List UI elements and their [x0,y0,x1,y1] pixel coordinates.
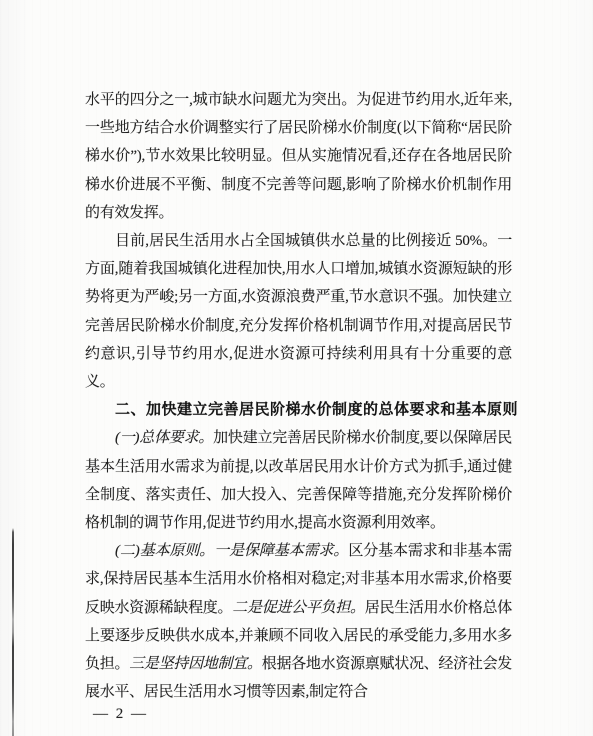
body-text: 目前,居民生活用水占全国城镇供水总量的比例接近 50%。一方面,随着我国城镇化进… [85,233,512,390]
body-text: 水平的四分之一,城市缺水问题尤为突出。为促进节约用水,近年来,一些地方结合水价调… [85,92,512,221]
scanned-page: 水平的四分之一,城市缺水问题尤为突出。为促进节约用水,近年来,一些地方结合水价调… [0,0,593,736]
page-number: — 2 — [93,706,148,723]
lead-in-phrase: 三是坚持因地制宜。 [129,656,262,672]
section-heading-text: 二、加快建立完善居民阶梯水价制度的总体要求和基本原则 [115,401,518,418]
paragraph-2: 目前,居民生活用水占全国城镇供水总量的比例接近 50%。一方面,随着我国城镇化进… [85,227,512,396]
lead-in-phrase: 二是促进公平负担。 [232,600,365,616]
paragraph-4: (一)总体要求。加快建立完善居民阶梯水价制度,要以保障居民基本生活用水需求为前提… [85,424,512,537]
section-heading: 二、加快建立完善居民阶梯水价制度的总体要求和基本原则 [85,396,512,424]
page-edge-scan-artifact [12,528,14,736]
lead-in-phrase: (二)基本原则。 [115,543,214,559]
lead-in-phrase: (一)总体要求。 [115,430,213,446]
lead-in-phrase: 一是保障基本需求。 [214,543,348,559]
document-body: 水平的四分之一,城市缺水问题尤为突出。为促进节约用水,近年来,一些地方结合水价调… [85,86,512,706]
paragraph-5: (二)基本原则。一是保障基本需求。区分基本需求和非基本需求,保持居民基本生活用水… [85,537,512,706]
paragraph-1: 水平的四分之一,城市缺水问题尤为突出。为促进节约用水,近年来,一些地方结合水价调… [85,86,512,227]
